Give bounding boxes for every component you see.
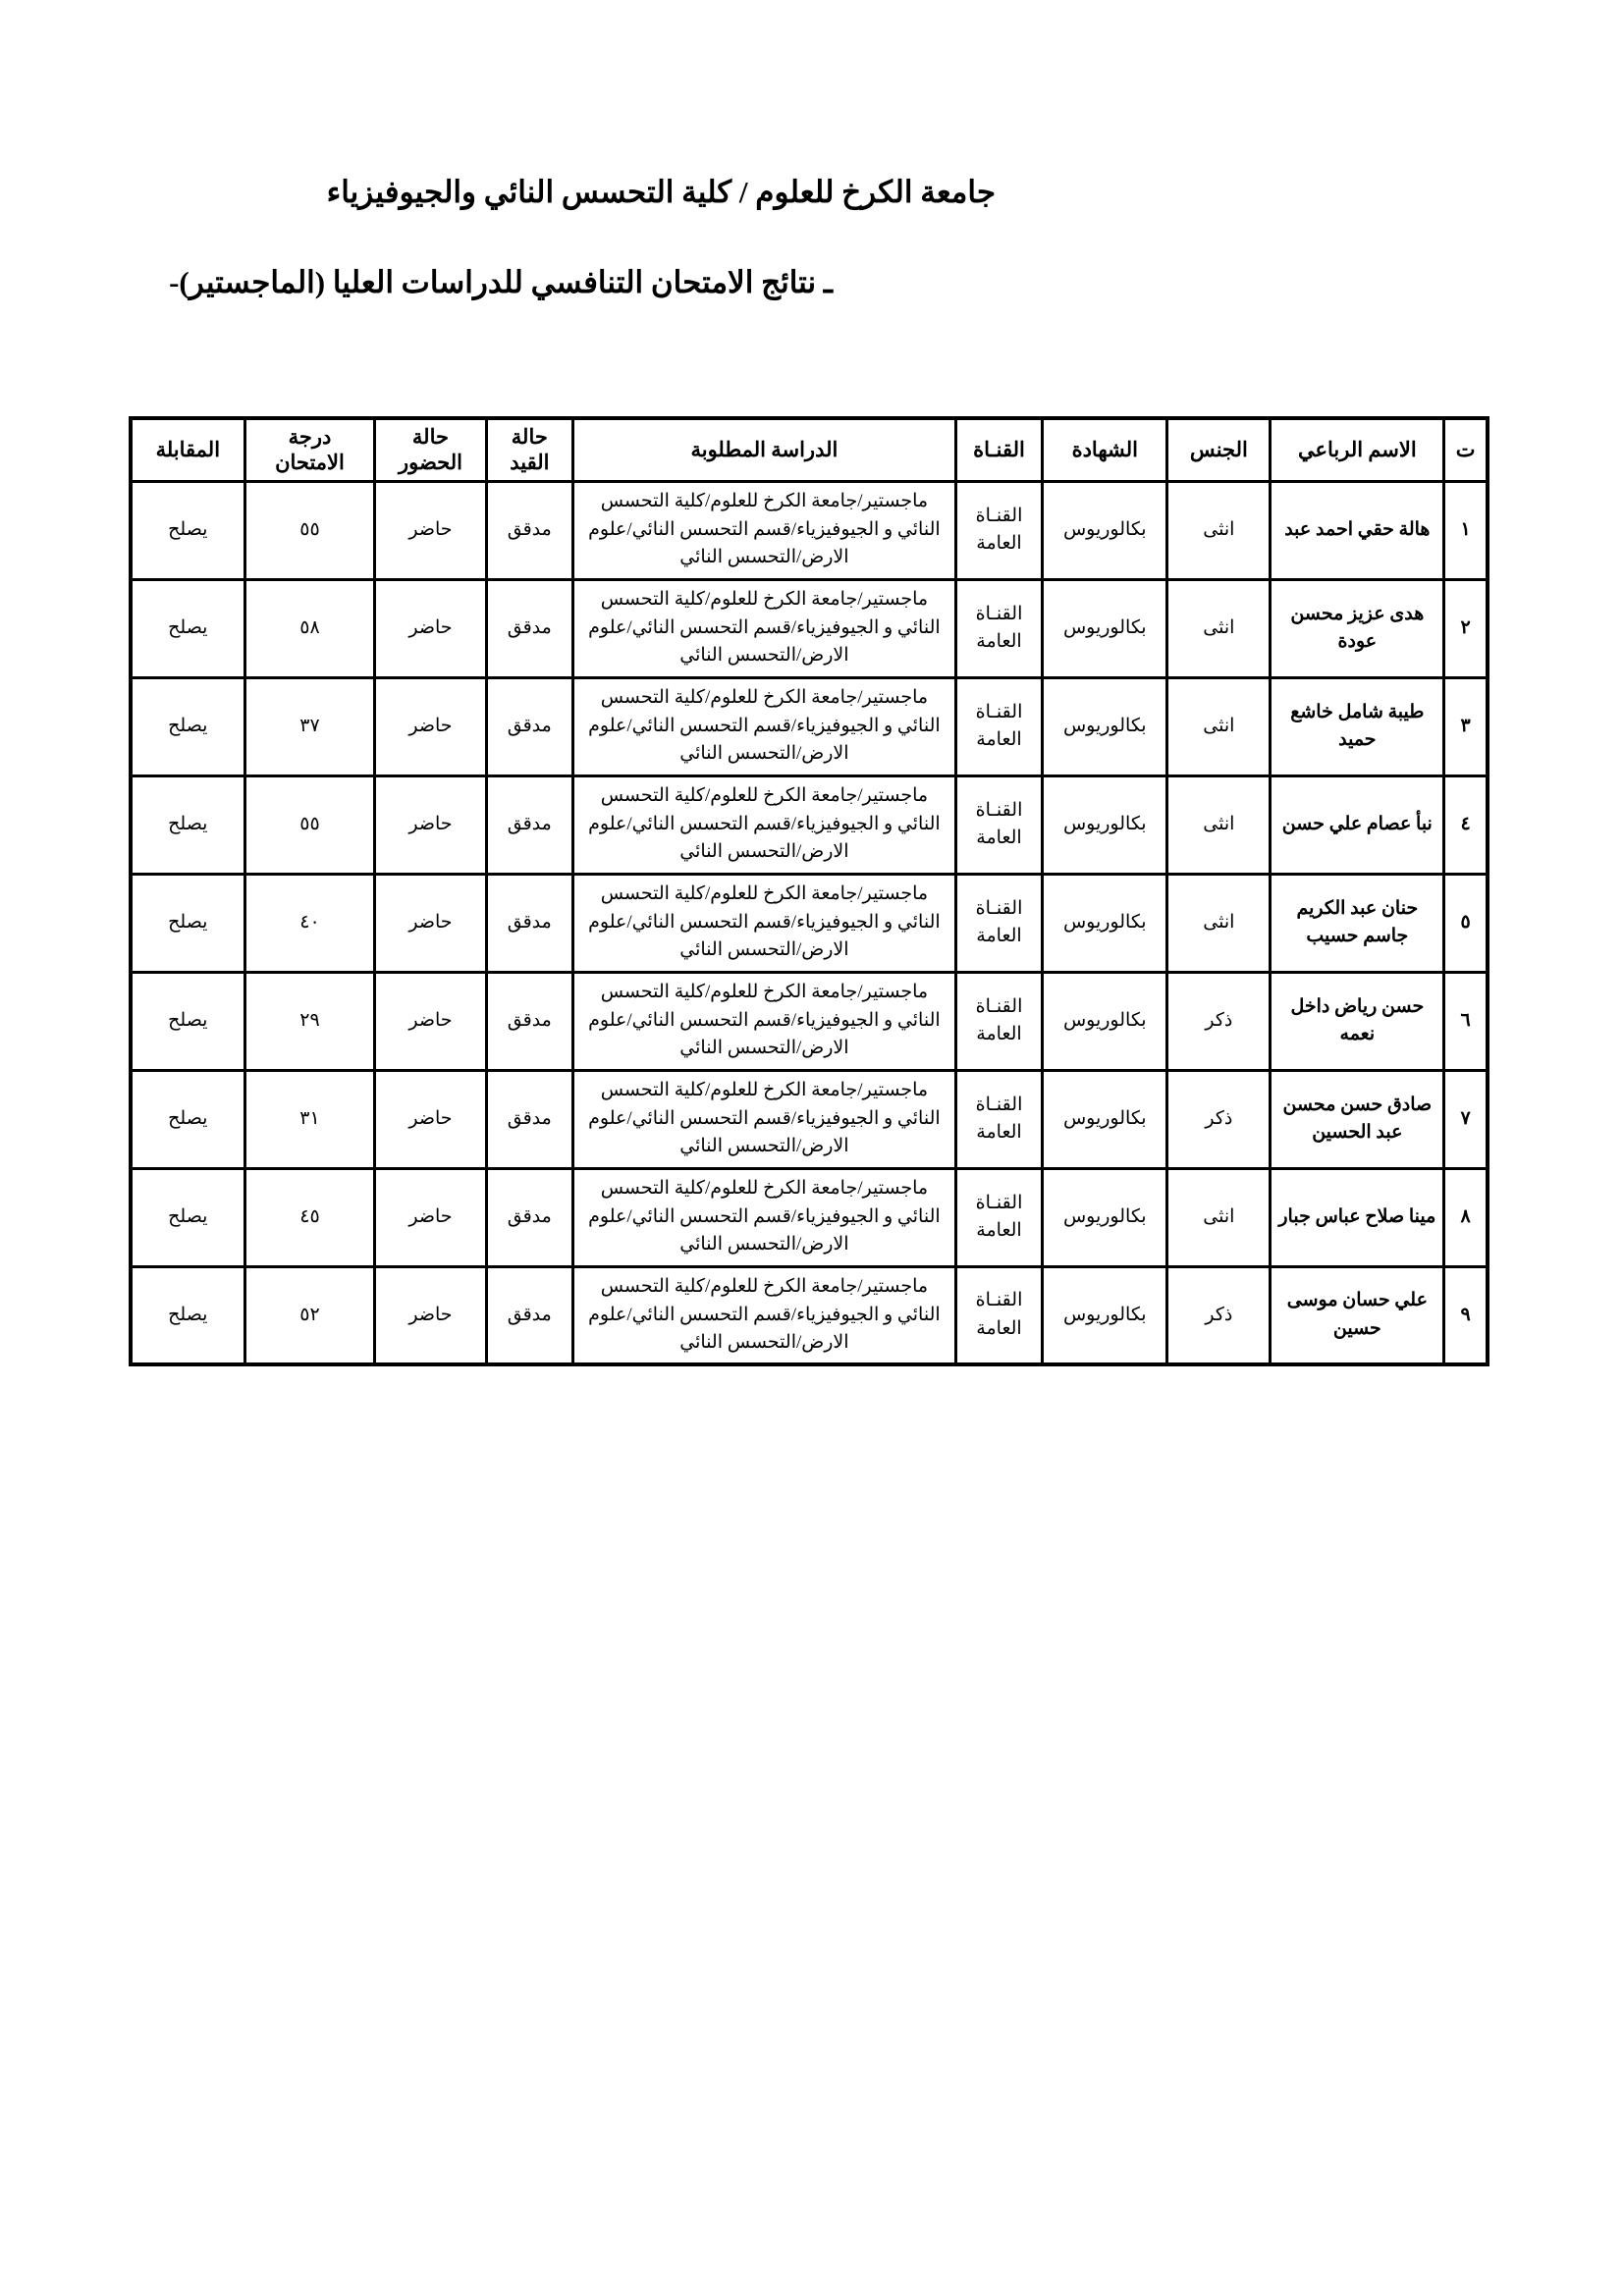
results-table-body: ١هالة حقي احمد عبدانثىبكالوريوسالقنـاة ا… xyxy=(131,481,1488,1364)
table-row: ١هالة حقي احمد عبدانثىبكالوريوسالقنـاة ا… xyxy=(131,481,1488,579)
cell-interview: يصلح xyxy=(131,579,244,677)
cell-gender: انثى xyxy=(1167,1168,1271,1266)
cell-gender: انثى xyxy=(1167,481,1271,579)
table-row: ٩علي حسان موسى حسينذكربكالوريوسالقنـاة ا… xyxy=(131,1266,1488,1364)
cell-index: ١ xyxy=(1444,481,1488,579)
cell-study: ماجستير/جامعة الكرخ للعلوم/كلية التحسس ا… xyxy=(573,874,956,972)
cell-interview: يصلح xyxy=(131,1168,244,1266)
cell-grade: ٤٥ xyxy=(244,1168,375,1266)
header-name: الاسم الرباعي xyxy=(1271,418,1444,481)
cell-attendance: حاضر xyxy=(375,1168,486,1266)
cell-certificate: بكالوريوس xyxy=(1043,874,1167,972)
cell-certificate: بكالوريوس xyxy=(1043,677,1167,775)
cell-gender: ذكر xyxy=(1167,1070,1271,1168)
cell-study: ماجستير/جامعة الكرخ للعلوم/كلية التحسس ا… xyxy=(573,1266,956,1364)
cell-grade: ٥٥ xyxy=(244,775,375,874)
cell-registration: مدقق xyxy=(486,775,572,874)
cell-attendance: حاضر xyxy=(375,1070,486,1168)
cell-registration: مدقق xyxy=(486,874,572,972)
cell-channel: القنـاة العامة xyxy=(955,972,1042,1070)
table-row: ٧صادق حسن محسن عبد الحسينذكربكالوريوسالق… xyxy=(131,1070,1488,1168)
cell-name: هالة حقي احمد عبد xyxy=(1271,481,1444,579)
document-page: جامعة الكرخ للعلوم / كلية التحسس النائي … xyxy=(0,0,1624,2296)
cell-gender: ذكر xyxy=(1167,1266,1271,1364)
cell-certificate: بكالوريوس xyxy=(1043,1266,1167,1364)
cell-registration: مدقق xyxy=(486,1266,572,1364)
cell-certificate: بكالوريوس xyxy=(1043,579,1167,677)
cell-gender: انثى xyxy=(1167,874,1271,972)
cell-grade: ٥٨ xyxy=(244,579,375,677)
cell-grade: ٤٠ xyxy=(244,874,375,972)
cell-gender: انثى xyxy=(1167,677,1271,775)
cell-registration: مدقق xyxy=(486,481,572,579)
cell-gender: انثى xyxy=(1167,579,1271,677)
cell-study: ماجستير/جامعة الكرخ للعلوم/كلية التحسس ا… xyxy=(573,481,956,579)
cell-name: صادق حسن محسن عبد الحسين xyxy=(1271,1070,1444,1168)
cell-grade: ٣١ xyxy=(244,1070,375,1168)
cell-channel: القنـاة العامة xyxy=(955,1266,1042,1364)
results-table-header: ت الاسم الرباعي الجنس الشهادة القنـاة ال… xyxy=(131,418,1488,481)
cell-index: ٨ xyxy=(1444,1168,1488,1266)
cell-index: ٥ xyxy=(1444,874,1488,972)
cell-study: ماجستير/جامعة الكرخ للعلوم/كلية التحسس ا… xyxy=(573,579,956,677)
cell-grade: ٣٧ xyxy=(244,677,375,775)
cell-attendance: حاضر xyxy=(375,677,486,775)
cell-interview: يصلح xyxy=(131,677,244,775)
cell-attendance: حاضر xyxy=(375,481,486,579)
document-title-university: جامعة الكرخ للعلوم / كلية التحسس النائي … xyxy=(327,175,996,210)
cell-index: ٦ xyxy=(1444,972,1488,1070)
cell-name: علي حسان موسى حسين xyxy=(1271,1266,1444,1364)
cell-registration: مدقق xyxy=(486,579,572,677)
cell-gender: انثى xyxy=(1167,775,1271,874)
cell-attendance: حاضر xyxy=(375,874,486,972)
cell-interview: يصلح xyxy=(131,874,244,972)
cell-study: ماجستير/جامعة الكرخ للعلوم/كلية التحسس ا… xyxy=(573,775,956,874)
cell-registration: مدقق xyxy=(486,1070,572,1168)
cell-interview: يصلح xyxy=(131,775,244,874)
cell-registration: مدقق xyxy=(486,972,572,1070)
cell-certificate: بكالوريوس xyxy=(1043,972,1167,1070)
cell-channel: القنـاة العامة xyxy=(955,775,1042,874)
cell-certificate: بكالوريوس xyxy=(1043,481,1167,579)
table-row: ٣طيبة شامل خاشع حميدانثىبكالوريوسالقنـاة… xyxy=(131,677,1488,775)
header-channel: القنـاة xyxy=(955,418,1042,481)
cell-attendance: حاضر xyxy=(375,1266,486,1364)
cell-name: حنان عبد الكريم جاسم حسيب xyxy=(1271,874,1444,972)
cell-interview: يصلح xyxy=(131,1266,244,1364)
cell-channel: القنـاة العامة xyxy=(955,874,1042,972)
cell-grade: ٥٥ xyxy=(244,481,375,579)
cell-attendance: حاضر xyxy=(375,775,486,874)
cell-channel: القنـاة العامة xyxy=(955,1168,1042,1266)
cell-certificate: بكالوريوس xyxy=(1043,775,1167,874)
cell-study: ماجستير/جامعة الكرخ للعلوم/كلية التحسس ا… xyxy=(573,972,956,1070)
header-attendance: حالة الحضور xyxy=(375,418,486,481)
document-title-results: ـ نتائج الامتحان التنافسي للدراسات العلي… xyxy=(169,265,833,300)
table-row: ٨مينا صلاح عباس جبارانثىبكالوريوسالقنـاة… xyxy=(131,1168,1488,1266)
header-row: ت الاسم الرباعي الجنس الشهادة القنـاة ال… xyxy=(131,418,1488,481)
cell-interview: يصلح xyxy=(131,481,244,579)
cell-registration: مدقق xyxy=(486,677,572,775)
cell-channel: القنـاة العامة xyxy=(955,677,1042,775)
cell-grade: ٢٩ xyxy=(244,972,375,1070)
cell-name: طيبة شامل خاشع حميد xyxy=(1271,677,1444,775)
table-row: ٢هدى عزيز محسن عودةانثىبكالوريوسالقنـاة … xyxy=(131,579,1488,677)
table-row: ٤نبأ عصام علي حسنانثىبكالوريوسالقنـاة ال… xyxy=(131,775,1488,874)
cell-index: ٧ xyxy=(1444,1070,1488,1168)
header-study: الدراسة المطلوبة xyxy=(573,418,956,481)
cell-name: مينا صلاح عباس جبار xyxy=(1271,1168,1444,1266)
cell-attendance: حاضر xyxy=(375,972,486,1070)
cell-index: ٢ xyxy=(1444,579,1488,677)
cell-channel: القنـاة العامة xyxy=(955,579,1042,677)
cell-registration: مدقق xyxy=(486,1168,572,1266)
results-table: ت الاسم الرباعي الجنس الشهادة القنـاة ال… xyxy=(129,416,1489,1366)
cell-study: ماجستير/جامعة الكرخ للعلوم/كلية التحسس ا… xyxy=(573,1070,956,1168)
header-registration: حالة القيد xyxy=(486,418,572,481)
table-row: ٦حسن رياض داخل نعمهذكربكالوريوسالقنـاة ا… xyxy=(131,972,1488,1070)
cell-channel: القنـاة العامة xyxy=(955,1070,1042,1168)
cell-channel: القنـاة العامة xyxy=(955,481,1042,579)
cell-index: ٤ xyxy=(1444,775,1488,874)
cell-interview: يصلح xyxy=(131,972,244,1070)
header-gender: الجنس xyxy=(1167,418,1271,481)
header-interview: المقابلة xyxy=(131,418,244,481)
cell-index: ٣ xyxy=(1444,677,1488,775)
cell-certificate: بكالوريوس xyxy=(1043,1070,1167,1168)
cell-certificate: بكالوريوس xyxy=(1043,1168,1167,1266)
header-certificate: الشهادة xyxy=(1043,418,1167,481)
header-index: ت xyxy=(1444,418,1488,481)
cell-name: نبأ عصام علي حسن xyxy=(1271,775,1444,874)
table-row: ٥حنان عبد الكريم جاسم حسيبانثىبكالوريوسا… xyxy=(131,874,1488,972)
cell-attendance: حاضر xyxy=(375,579,486,677)
cell-name: هدى عزيز محسن عودة xyxy=(1271,579,1444,677)
cell-study: ماجستير/جامعة الكرخ للعلوم/كلية التحسس ا… xyxy=(573,677,956,775)
cell-gender: ذكر xyxy=(1167,972,1271,1070)
cell-interview: يصلح xyxy=(131,1070,244,1168)
cell-study: ماجستير/جامعة الكرخ للعلوم/كلية التحسس ا… xyxy=(573,1168,956,1266)
cell-index: ٩ xyxy=(1444,1266,1488,1364)
cell-grade: ٥٢ xyxy=(244,1266,375,1364)
cell-name: حسن رياض داخل نعمه xyxy=(1271,972,1444,1070)
header-grade: درجة الامتحان xyxy=(244,418,375,481)
